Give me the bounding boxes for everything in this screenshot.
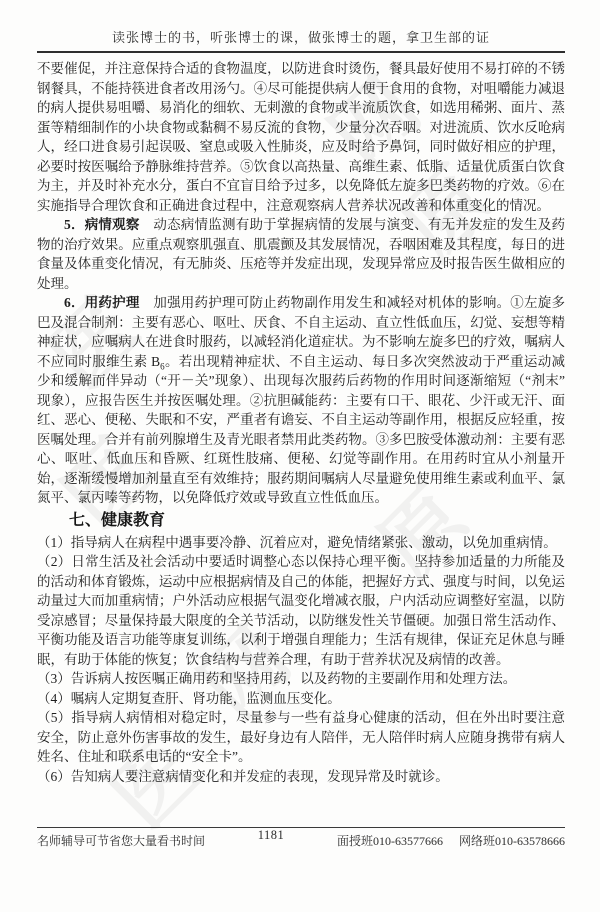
page-header: 读张博士的书，听张博士的课，做张博士的题，拿卫生部的证 xyxy=(37,0,565,53)
section6-label: 6．用药护理 xyxy=(64,295,153,310)
header-slogan: 读张博士的书，听张博士的课，做张博士的题，拿卫生部的证 xyxy=(37,0,565,46)
footer-contacts: 面授班010-63577666网络班010-63578666 xyxy=(337,832,565,849)
paragraph-medication-care: 6．用药护理加强用药护理可防止药物副作用发生和减轻对机体的影响。①左旋多巴及混合… xyxy=(37,293,565,508)
health-education-item-4: （4）嘱病人定期复查肝、肾功能，监测血压变化。 xyxy=(37,689,565,709)
health-education-item-2: （2）日常生活及社会活动中要适时调整心态以保持心理平衡。坚持参加适量的力所能及的… xyxy=(37,552,565,669)
book-page: 网 原 医 医 原 网 医 读张博士的书，听张博士的课，做张博士的题，拿卫生部的… xyxy=(0,0,600,912)
footer-onsite-class-phone: 面授班010-63577666 xyxy=(337,832,443,849)
page-number: 1181 xyxy=(258,828,285,843)
paragraph-condition-observation: 5．病情观察动态病情监测有助于掌握病情的发展与演变、有无并发症的发生及药物的治疗… xyxy=(37,215,565,293)
health-education-item-6: （6）告知病人要注意病情变化和并发症的表现，发现异常及时就诊。 xyxy=(37,767,565,787)
page-body: 不要催促，并注意保持合适的食物温度，以防进食时烫伤，餐具最好使用不易打碎的不锈钢… xyxy=(37,59,565,786)
paragraph-diet-care-continued: 不要催促，并注意保持合适的食物温度，以防进食时烫伤，餐具最好使用不易打碎的不锈钢… xyxy=(37,59,565,215)
health-education-item-1: （1）指导病人在病程中遇事要冷静、沉着应对，避免情绪紧张、激动，以免加重病情。 xyxy=(37,533,565,553)
section-heading-health-education: 七、健康教育 xyxy=(37,509,565,532)
health-education-item-3: （3）告诉病人按医嘱正确用药和坚持用药，以及药物的主要副作用和处理方法。 xyxy=(37,669,565,689)
footer-tagline: 名师辅导可节省您大量看书时间 xyxy=(37,832,205,849)
page-footer: 名师辅导可节省您大量看书时间 1181 面授班010-63577666网络班01… xyxy=(37,827,565,849)
section5-label: 5．病情观察 xyxy=(64,217,153,232)
header-rule xyxy=(37,51,565,53)
section6-text-b: 。若出现精神症状、不自主运动、每日多次突然波动于严重运动减少和缓解而伴异动（“开… xyxy=(37,354,565,506)
health-education-item-5: （5）指导病人病情相对稳定时，尽量参与一些有益身心健康的活动，但在外出时要注意安… xyxy=(37,708,565,767)
footer-online-class-phone: 网络班010-63578666 xyxy=(459,832,565,849)
